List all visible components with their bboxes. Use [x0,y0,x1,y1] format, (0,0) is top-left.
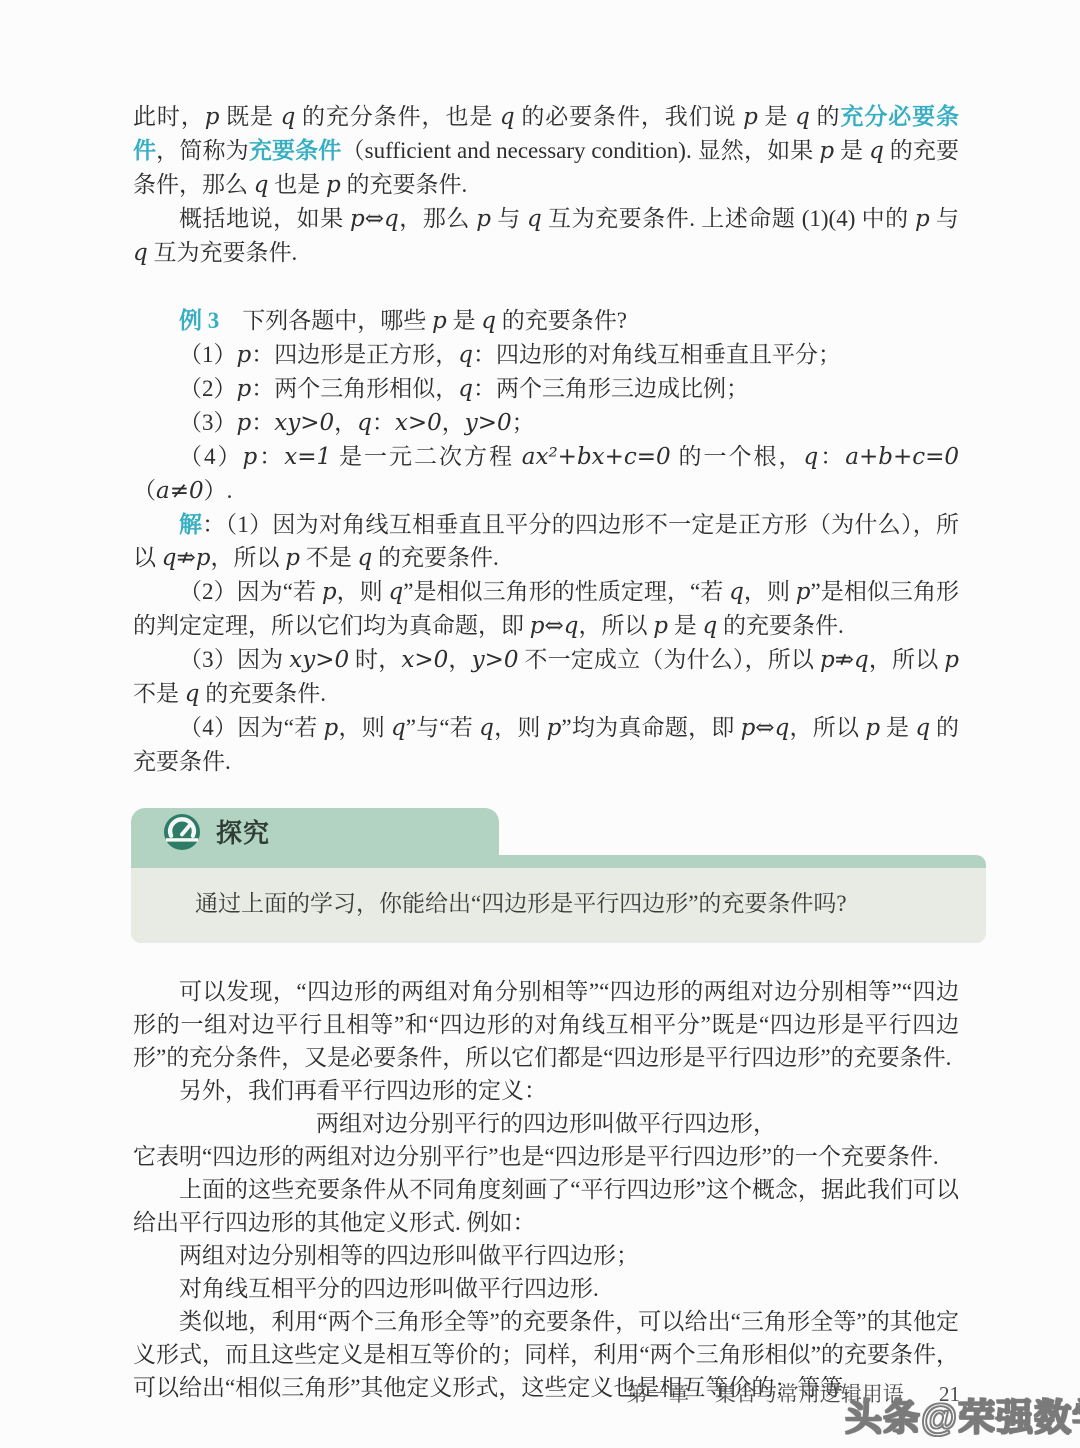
text-run: p [326,172,341,198]
paragraph: 可以发现，“四边形的两组对角分别相等”“四边形的两组对边分别相等”“四边形的一组… [133,975,959,1074]
text-run: 不一定成立（为什么），所以 [519,647,820,672]
text-run: q [915,715,930,741]
text-run: 的充要条件. [341,172,468,197]
text-run: 的一个根， [671,444,804,469]
text-run: ， [334,410,357,435]
text-run: 的 [810,104,841,129]
watermark: 头条@荣强数学 [845,1387,1080,1441]
text-run: 的充要条件. [199,681,326,706]
paragraph: 例 3 下列各题中，哪些 p 是 q 的充要条件? [133,304,959,338]
explore-box: 探究 通过上面的学习，你能给出“四边形是平行四边形”的充要条件吗? [131,808,986,943]
text-run: 概括地说，如果 [179,206,350,231]
text-run: ，所以 [210,545,285,570]
text-run: 不是 [133,681,185,706]
paragraph: （4）因为“若 p，则 q”与“若 q，则 p”均为真命题，即 p⇔q，所以 p… [133,711,959,778]
paragraph: （2）因为“若 p，则 q”是相似三角形的性质定理，“若 q，则 p”是相似三角… [133,575,959,643]
textbook-page: 此时，p 既是 q 的充分条件，也是 q 的必要条件，我们说 p 是 q 的充分… [0,0,1080,1448]
text-run: p [915,206,930,232]
text-run: ，所以 [869,647,945,672]
text-run: x>0 [395,410,442,436]
text-run: p [237,410,252,436]
text-run: （2） [179,376,237,401]
text-run: 与 [491,206,527,231]
text-run: q⇏p [162,545,211,571]
text-run: p [237,376,252,402]
text-run: xy>0 [274,410,334,436]
text-run: xy>0 [289,647,349,673]
text-run: p [237,342,252,368]
text-run: 下列各题中，哪些 [219,308,432,333]
explore-strip [131,855,986,868]
text-run: 对角线互相平分的四边形叫做平行四边形. [179,1276,599,1301]
text-run: q [281,104,296,130]
explore-tab: 探究 [131,808,499,855]
text-run: y>0 [465,410,512,436]
explore-body: 通过上面的学习，你能给出“四边形是平行四边形”的充要条件吗? [131,868,986,943]
text-run: q [500,104,515,130]
text-run: p [323,715,338,741]
text-run: 与 [930,206,959,231]
text-run: p [322,579,337,605]
text-run: q [458,376,473,402]
text-run: 的充要条件. [717,613,844,638]
content-after-explore: 可以发现，“四边形的两组对角分别相等”“四边形的两组对边分别相等”“四边形的一组… [133,975,959,1404]
text-run: （4） [179,444,243,469]
paragraph: （2）p：两个三角形相似，q：两个三角形三边成比例； [133,372,959,406]
text-run: ： [257,444,284,469]
text-run: ： [251,410,274,435]
text-run: ，则 [338,715,391,740]
text-run: p [285,545,300,571]
text-run: x>0 [401,647,448,673]
content-before-explore: 此时，p 既是 q 的充分条件，也是 q 的必要条件，我们说 p 是 q 的充分… [133,100,959,778]
text-run: p⇔q [741,715,790,741]
text-run: 解 [179,512,202,537]
text-run: ，简称为 [156,138,249,163]
text-run: ， [448,647,471,672]
text-run: （2）因为“若 [179,579,322,604]
text-run: q [481,308,496,334]
text-run: ，所以 [789,715,865,740]
text-run: 另外，我们再看平行四边形的定义： [179,1078,547,1103]
text-run: p [432,308,447,334]
text-run: 两组对边分别相等的四边形叫做平行四边形； [179,1243,639,1268]
text-run: 互为充要条件. [148,240,298,265]
paragraph: 解：（1）因为对角线互相垂直且平分的四边形不一定是正方形（为什么），所以 q⇏p… [133,508,959,575]
text-run: 是 [880,715,915,740]
text-run: 的充分条件，也是 [295,104,500,129]
text-run: q [458,342,473,368]
text-run: 也是 [268,172,326,197]
text-run: p [476,206,491,232]
text-run: ： [818,444,845,469]
text-run: a+b+c=0 [845,444,959,470]
text-run: （3）因为 [179,647,289,672]
text-run: p [653,613,668,639]
explore-gauge-icon [163,813,201,851]
text-run: p [243,444,258,470]
paragraph: 上面的这些充要条件从不同角度刻画了“平行四边形”这个概念，据此我们可以给出平行四… [133,1173,959,1239]
text-run: 的充要条件. [372,545,499,570]
text-run: ； [512,410,535,435]
text-run: 的必要条件，我们说 [515,104,743,129]
text-run: ax²+bx+c=0 [522,444,671,470]
text-run: ：两个三角形相似， [251,376,458,401]
text-run: p [796,579,811,605]
text-run: p⇔q [530,613,579,639]
text-run: p [819,138,834,164]
text-run: ，所以 [578,613,653,638]
explore-label: 探究 [216,813,270,850]
text-run: 时， [349,647,401,672]
text-run: ”均为真命题，即 [561,715,740,740]
text-run: q [391,715,406,741]
text-run: 是一元二次方程 [331,444,522,469]
text-run: q [729,579,744,605]
text-run: （4）因为“若 [179,715,323,740]
text-run: 它表明“四边形的两组对边分别平行”也是“四边形是平行四边形”的一个充要条件. [133,1144,939,1169]
text-run: q [133,240,148,266]
text-run: p [944,647,959,673]
text-run: ）. [204,478,233,503]
text-run: x=1 [284,444,331,470]
text-run: ， [442,410,465,435]
explore-question: 通过上面的学习，你能给出“四边形是平行四边形”的充要条件吗? [195,888,956,919]
text-run: ： [372,410,395,435]
paragraph: 它表明“四边形的两组对边分别平行”也是“四边形是平行四边形”的一个充要条件. [133,1140,959,1173]
paragraph: 概括地说，如果 p⇔q，那么 p 与 q 互为充要条件. 上述命题 (1)(4)… [133,202,959,270]
text-run: ，则 [494,715,547,740]
text-run: 上面的这些充要条件从不同角度刻画了“平行四边形”这个概念，据此我们可以给出平行四… [133,1177,959,1235]
paragraph: （1）p：四边形是正方形，q：四边形的对角线互相垂直且平分； [133,338,959,372]
paragraph: （3）因为 xy>0 时，x>0，y>0 不一定成立（为什么），所以 p⇏q，所… [133,643,959,711]
text-run: ，则 [337,579,389,604]
text-run: p [205,104,220,130]
text-run: p [547,715,562,741]
text-run: p [865,715,880,741]
text-run: ，则 [744,579,796,604]
text-run: （1） [179,342,237,367]
text-run: ：四边形是正方形， [251,342,458,367]
text-run: ：两个三角形三边成比例； [473,376,749,401]
text-run: q [795,104,810,130]
text-run: 是 [668,613,703,638]
paragraph: 两组对边分别相等的四边形叫做平行四边形； [133,1239,959,1272]
text-run: 充要条件 [249,138,342,163]
text-run: 不是 [300,545,358,570]
text-run: ”与“若 [406,715,479,740]
text-run: q [527,206,542,232]
text-run: （ [133,478,156,503]
text-run: 两组对边分别平行的四边形叫做平行四边形， [316,1111,776,1136]
paragraph: （4）p：x=1 是一元二次方程 ax²+bx+c=0 的一个根，q：a+b+c… [133,440,959,508]
text-run: p [743,104,758,130]
paragraph: 此时，p 既是 q 的充分条件，也是 q 的必要条件，我们说 p 是 q 的充分… [133,100,959,202]
text-run: q [479,715,494,741]
text-run: 是 [447,308,482,333]
text-run: ，那么 [399,206,476,231]
text-run: 是 [758,104,795,129]
text-run: （3） [179,410,237,435]
text-run: ：四边形的对角线互相垂直且平分； [473,342,841,367]
text-run: q [357,545,372,571]
text-run: y>0 [472,647,519,673]
paragraph: 对角线互相平分的四边形叫做平行四边形. [133,1272,959,1305]
text-run: p⇏q [820,647,869,673]
page-content: 此时，p 既是 q 的充分条件，也是 q 的必要条件，我们说 p 是 q 的充分… [133,100,959,1404]
paragraph: 两组对边分别平行的四边形叫做平行四边形， [133,1107,959,1140]
text-run: ”是相似三角形的性质定理，“若 [403,579,729,604]
paragraph: 另外，我们再看平行四边形的定义： [133,1074,959,1107]
text-run: 互为充要条件. 上述命题 (1)(4) 中的 [542,206,915,231]
text-run: q [357,410,372,436]
footer-chapter: 第一章 [627,1382,690,1406]
text-run: q [185,681,200,707]
text-run: 是 [834,138,869,163]
text-run: q [389,579,404,605]
text-run: q [804,444,819,470]
text-run: p⇔q [350,206,399,232]
text-run: （sufficient and necessary condition). 显然… [341,138,819,163]
text-run: a≠0 [156,478,204,504]
text-run: q [702,613,717,639]
paragraph: （3）p：xy>0，q：x>0，y>0； [133,406,959,440]
text-run: 可以发现，“四边形的两组对角分别相等”“四边形的两组对边分别相等”“四边形的一组… [133,979,959,1070]
text-run: q [869,138,884,164]
text-run: 例 3 [179,308,219,333]
text-run: q [254,172,269,198]
text-run: 的充要条件? [496,308,627,333]
text-run: 既是 [219,104,280,129]
text-run: 此时， [133,104,205,129]
